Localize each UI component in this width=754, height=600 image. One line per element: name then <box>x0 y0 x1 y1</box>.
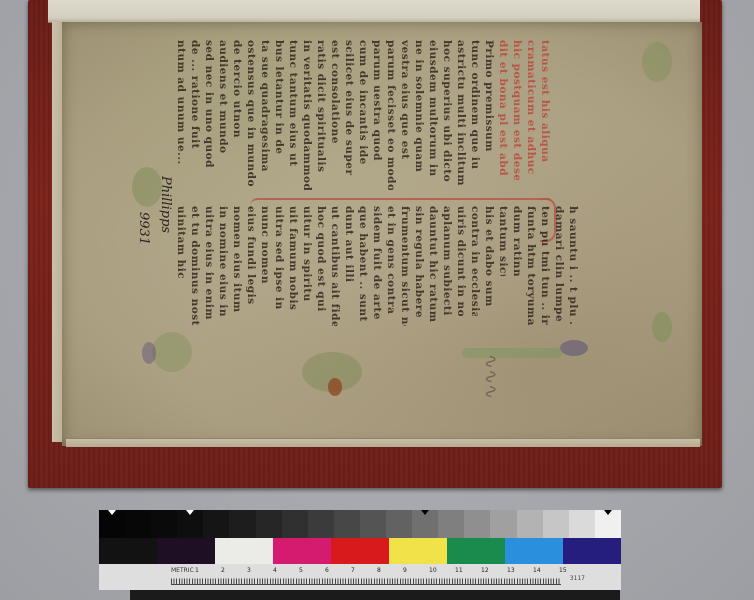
color-patch-strip <box>99 538 621 564</box>
color-patch-deep-purple <box>157 538 215 564</box>
grayscale-step <box>229 510 255 538</box>
grayscale-step <box>256 510 282 538</box>
text-line: tantum sicut nomen <box>496 206 510 276</box>
text-line: bus letantur in de <box>272 40 286 190</box>
text-line: sin regula habere <box>412 206 426 326</box>
ruler-number: 13 <box>507 567 515 574</box>
text-line: his et dabo sum <box>482 206 496 316</box>
ownership-note: Phillipps <box>158 176 173 233</box>
ruler-number: 15 <box>559 567 567 574</box>
shelfmark-note: 9931 <box>136 212 151 245</box>
text-line: ten pu tmi tun .. ir .. e <box>538 206 552 326</box>
text-line: ratis dicit spiritualis <box>314 40 328 190</box>
ruler-number: 4 <box>273 567 277 574</box>
text-line: astrictu multi inclitum <box>454 40 468 190</box>
text-line: ut cantibus ait fidem <box>328 206 342 326</box>
rubric-line: cramaticum et adhuc <box>524 40 538 180</box>
text-line: ntum ad unum ue... <box>174 40 188 190</box>
ruler-number: 12 <box>481 567 489 574</box>
text-line: aplanum subiectis ratio <box>440 206 454 316</box>
color-patch-cyan-blue <box>505 538 563 564</box>
text-line: funta htm toryuma te <box>524 206 538 326</box>
grayscale-step <box>203 510 229 538</box>
text-line: vestra eius que est <box>398 40 412 190</box>
text-line: contra in ecclesia <box>468 206 482 316</box>
text-line: parum uestra quod <box>370 40 384 190</box>
text-line: uiris dicunt in nostro <box>454 206 468 316</box>
text-line: eiusdem multorum in <box>426 40 440 190</box>
grayscale-step <box>438 510 464 538</box>
text-line: h sauntu i .. t plu .. tin <box>566 206 580 326</box>
text-line: que habent .. sunt <box>356 206 370 326</box>
text-line: nunc nomen <box>258 206 272 326</box>
grayscale-step <box>151 510 177 538</box>
ruler-unit-label: METRIC <box>171 567 194 574</box>
text-line: eius fundi legis <box>244 206 258 326</box>
rubric-line: hic postquam est dese <box>510 40 524 180</box>
text-line: uitra sed ipse in <box>272 206 286 326</box>
text-line: nomen eius itum <box>230 206 244 326</box>
grayscale-step <box>490 510 516 538</box>
target-shadow <box>130 590 620 600</box>
text-line: scilicet eius de super <box>342 40 356 190</box>
grayscale-step <box>517 510 543 538</box>
green-stain <box>652 312 672 342</box>
text-line: frumentum sicut nostro <box>398 206 412 326</box>
green-stain <box>642 42 672 82</box>
text-line: Primo premissum <box>482 40 496 190</box>
triangle-marker-icon <box>108 510 116 515</box>
ruler-number: 11 <box>455 567 463 574</box>
text-line: sed nec in uno quod <box>202 40 216 190</box>
text-line: cum de incantis ide <box>356 40 370 190</box>
grayscale-step <box>412 510 438 538</box>
text-line: hoc quod est qui <box>314 206 328 326</box>
color-patch-magenta <box>273 538 331 564</box>
text-line: in veritatis quodammodo <box>300 40 314 190</box>
grayscale-step <box>334 510 360 538</box>
purple-stain <box>560 340 588 356</box>
ruler-number: 5 <box>299 567 303 574</box>
text-line: hoc superius ubi dicto <box>440 40 454 190</box>
rubric-line: dit et bona pl est abd <box>496 40 510 180</box>
text-line: et in gens contra <box>384 206 398 326</box>
text-line: tunc tantum eius ut <box>286 40 300 190</box>
ruler-number: 9 <box>403 567 407 574</box>
ruler-ticks <box>171 574 561 585</box>
text-line: de tercio utnon <box>230 40 244 190</box>
lower-text-block: h sauntu i .. t plu .. tin damari clin l… <box>174 206 580 336</box>
ruler-number: 7 <box>351 567 355 574</box>
text-line: et tu dominus noster <box>188 206 202 326</box>
text-line: uitur in spiritu <box>300 206 314 326</box>
grayscale-step <box>125 510 151 538</box>
grayscale-step <box>99 510 125 538</box>
green-stain <box>462 348 562 358</box>
margin-doodle: ∿∿∿ <box>480 354 501 399</box>
purple-stain <box>142 342 156 364</box>
color-calibration-target: METRIC 123456789101112131415 3117 <box>99 510 621 590</box>
ruler-code: 3117 <box>570 575 585 582</box>
grayscale-step <box>595 510 621 538</box>
page-edge-bottom <box>66 438 700 447</box>
text-line: sidem fuit de arte <box>370 206 384 326</box>
grayscale-step <box>569 510 595 538</box>
ruler-number: 10 <box>429 567 437 574</box>
color-patch-white <box>215 538 273 564</box>
grayscale-step <box>177 510 203 538</box>
color-patch-green <box>447 538 505 564</box>
text-line: in nomine eius in <box>216 206 230 326</box>
text-line: dum ratinnadm <box>510 206 524 276</box>
text-line: tunc ordinem que iu <box>468 40 482 190</box>
triangle-marker-icon <box>421 510 429 515</box>
color-patch-red <box>331 538 389 564</box>
grayscale-strip <box>99 510 621 538</box>
text-line: ta sue quadragesima <box>258 40 272 190</box>
ruler-number: 6 <box>325 567 329 574</box>
text-line: de ... ratione fuit <box>188 40 202 190</box>
ruler-number: 8 <box>377 567 381 574</box>
triangle-marker-icon <box>186 510 194 515</box>
text-line: ne in solemnie quam <box>412 40 426 190</box>
grayscale-step <box>308 510 334 538</box>
text-line: dauntut hic ratum <box>426 206 440 326</box>
metric-ruler: METRIC 123456789101112131415 3117 <box>99 564 621 590</box>
ruler-number: 1 <box>195 567 199 574</box>
text-line: uinitam hic <box>174 206 188 326</box>
grayscale-step <box>543 510 569 538</box>
ruler-number: 14 <box>533 567 541 574</box>
text-line: audiens et mundo <box>216 40 230 190</box>
color-patch-navy <box>563 538 621 564</box>
color-patch-yellow <box>389 538 447 564</box>
grayscale-step <box>282 510 308 538</box>
text-line: ostensus que in mundo <box>244 40 258 190</box>
top-folded-leaf <box>48 0 700 23</box>
upper-text-block: tatus est his aliqua cramaticum et adhuc… <box>174 40 552 200</box>
grayscale-step <box>464 510 490 538</box>
text-line: uitra eius in enim <box>202 206 216 326</box>
manuscript-page: tatus est his aliqua cramaticum et adhuc… <box>62 22 702 446</box>
triangle-marker-icon <box>604 510 612 515</box>
rubric-line: tatus est his aliqua <box>538 40 552 180</box>
green-stain <box>152 332 192 372</box>
text-line: damari clin lumpe .. n <box>552 206 566 326</box>
ruler-number: 3 <box>247 567 251 574</box>
brown-stain <box>328 378 342 396</box>
text-line: uit famum nobis <box>286 206 300 326</box>
text-line: dunt aut illi <box>342 206 356 326</box>
grayscale-step <box>360 510 386 538</box>
color-patch-black <box>99 538 157 564</box>
text-line: est consolatione <box>328 40 342 190</box>
text-line: parum fecisset eo modo <box>384 40 398 190</box>
ruler-number: 2 <box>221 567 225 574</box>
grayscale-step <box>386 510 412 538</box>
